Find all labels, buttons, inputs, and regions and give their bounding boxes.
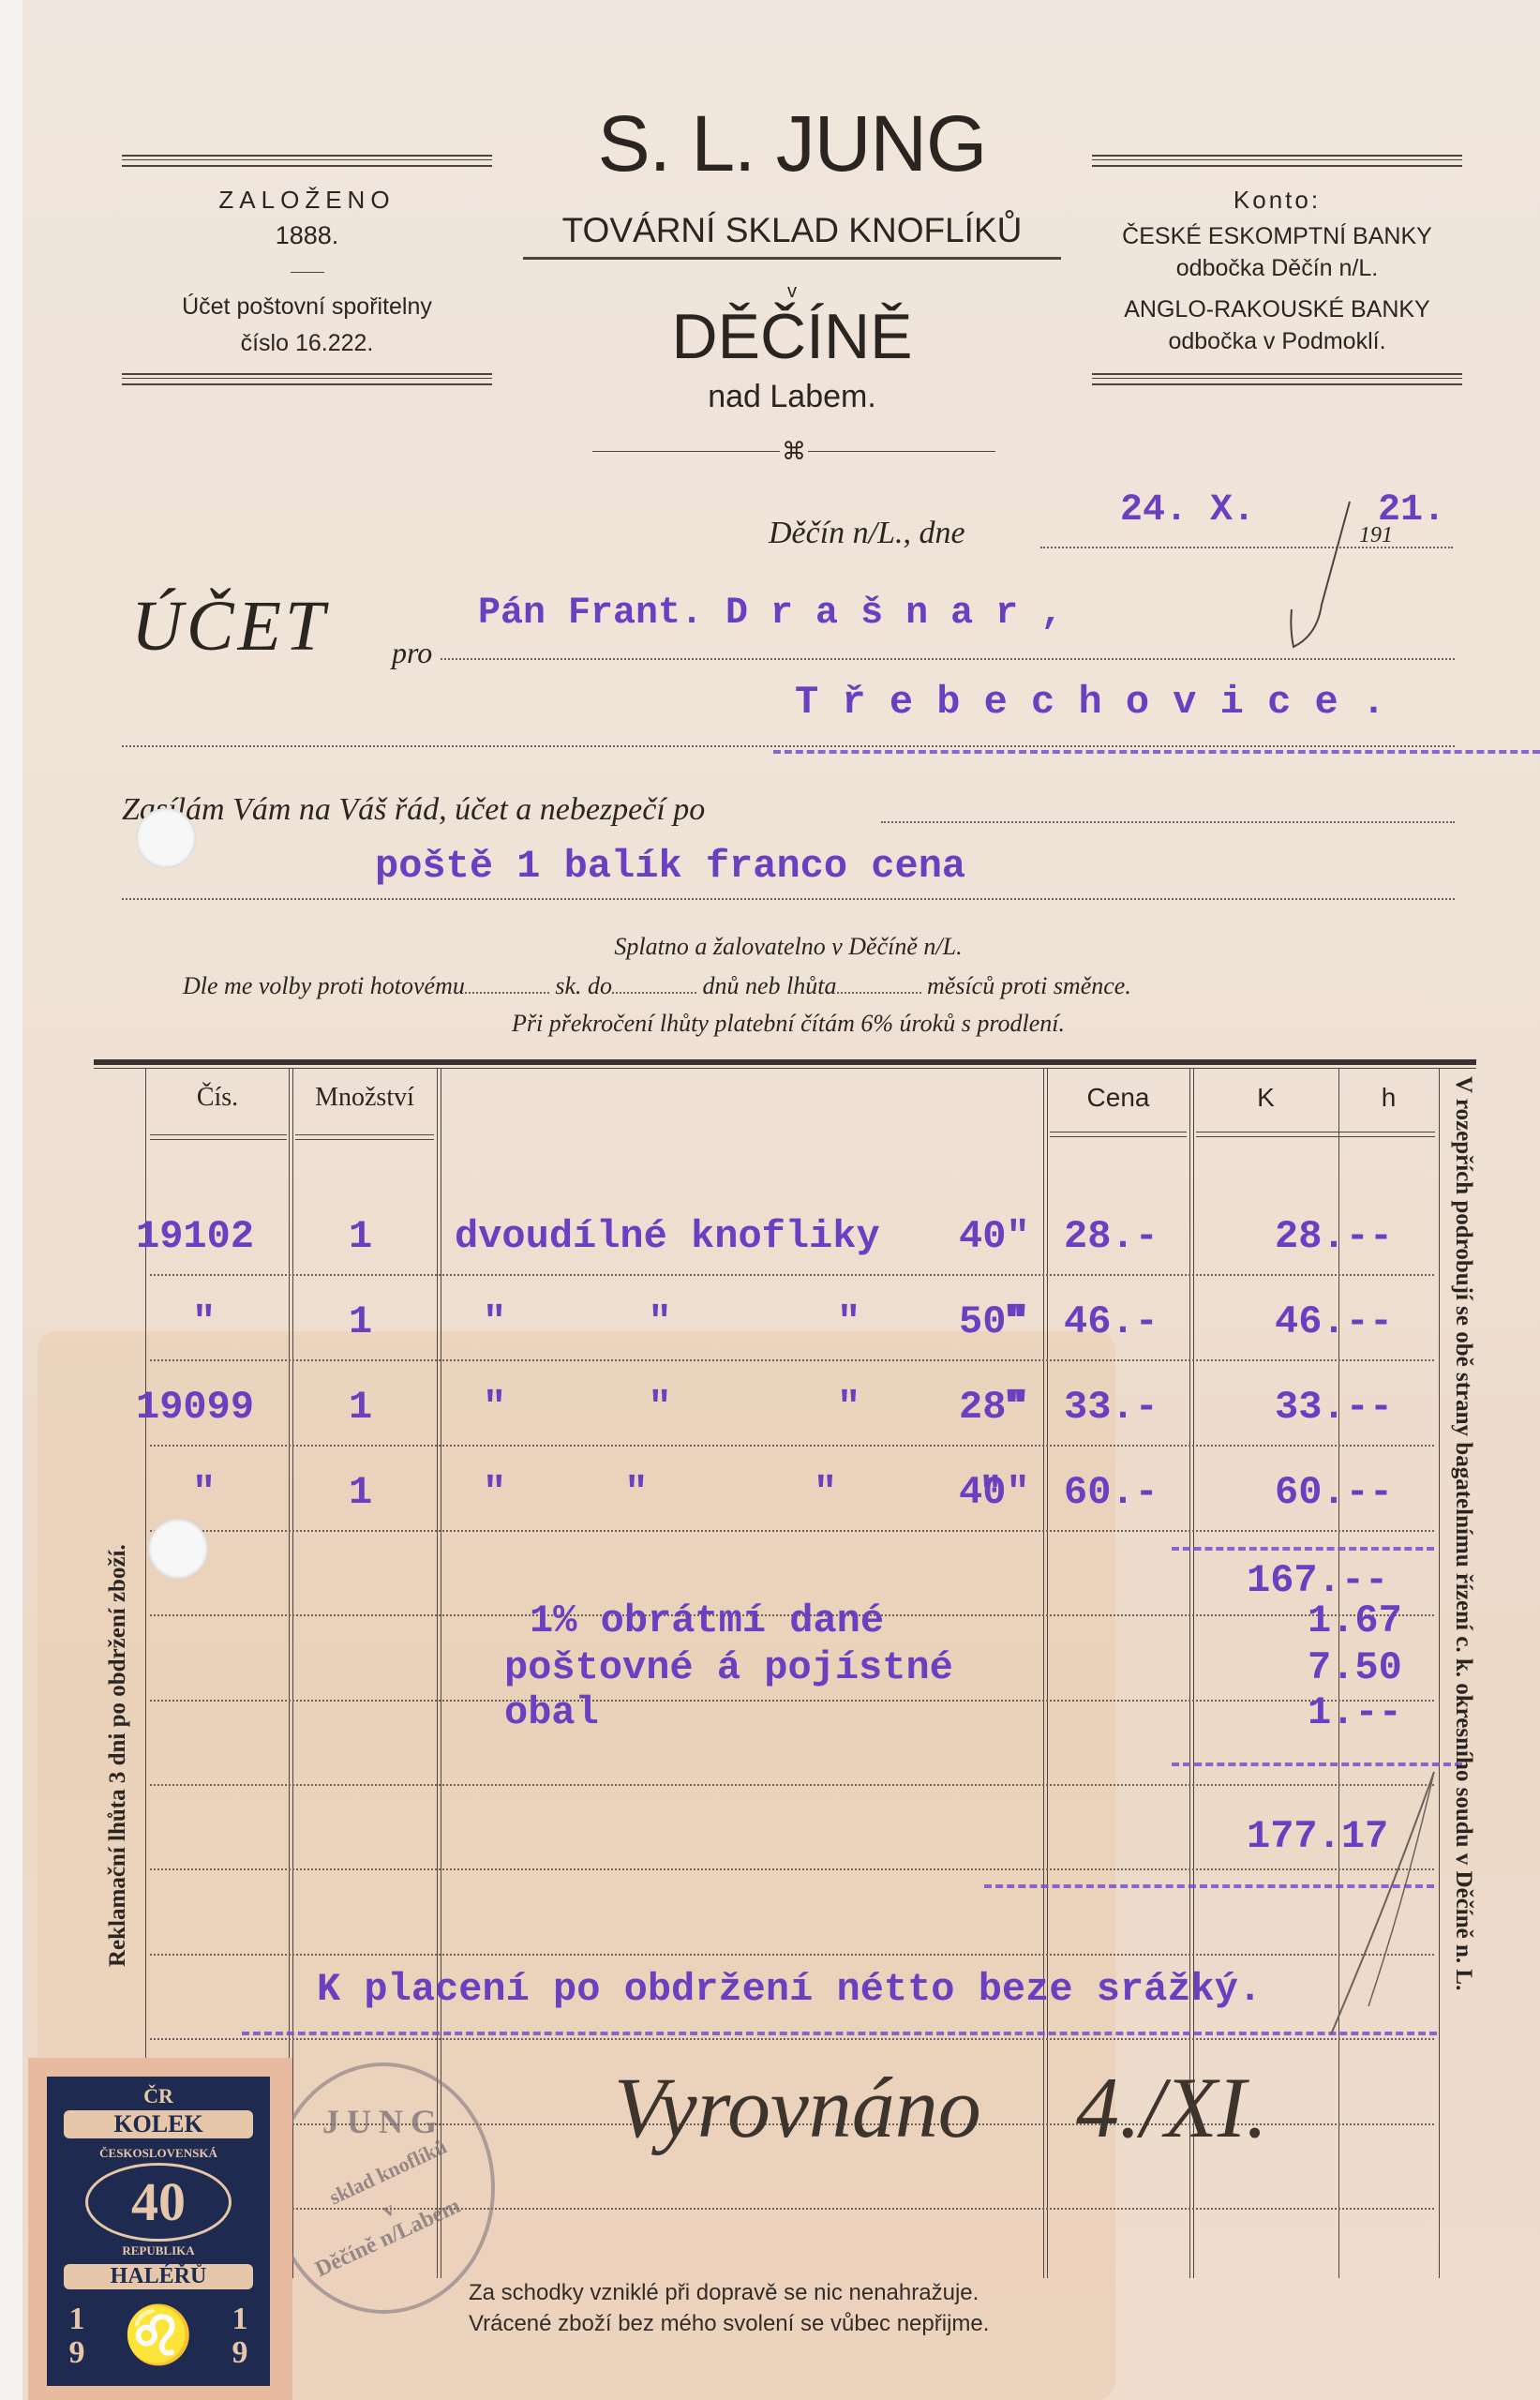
stamp-country-top: ČESKOSLOVENSKÁ <box>47 2146 270 2161</box>
revenue-stamp: ČR KOLEK ČESKOSLOVENSKÁ 40 REPUBLIKA HAL… <box>28 2058 292 2400</box>
invoice-title: ÚČET <box>131 586 328 667</box>
extra-label: 1% obrátmí dané <box>530 1598 884 1643</box>
row-size: 28" <box>959 1385 1030 1430</box>
table-top-border-thin <box>94 1068 1476 1069</box>
founded-label: ZALOŽENO <box>122 186 492 215</box>
rule-right-top <box>1092 155 1462 168</box>
subtotal-amount: 167.-- <box>1247 1558 1388 1603</box>
left-side-note: Reklamační lhůta 3 dni po obdržení zboží… <box>105 1544 131 1967</box>
hdr-rule <box>295 1134 434 1135</box>
stamp-country-bottom: REPUBLIKA <box>47 2243 270 2258</box>
row-price: 46.- <box>1064 1299 1159 1344</box>
right-side-note: V rozepřích podrobují se obě strany baga… <box>1450 1076 1476 1990</box>
terms-line2-part1: Dle me volby proti hotovému <box>183 972 465 999</box>
rule-left-bottom <box>122 373 492 386</box>
row-number: 19102 <box>136 1214 254 1259</box>
date-day-month: 24. X. <box>1120 489 1255 532</box>
company-name: S. L. JUNG <box>506 98 1078 189</box>
terms-line2-part4: měsíců proti směnce. <box>927 972 1131 999</box>
hdr-rule <box>1196 1132 1435 1132</box>
row-divider <box>150 1445 1434 1447</box>
shipping-dotted-line <box>881 821 1455 823</box>
col-line-4b <box>1047 1069 1048 2278</box>
header-price: Cena <box>1047 1083 1189 1113</box>
diagonal-check-icon <box>1275 1762 1443 2044</box>
company-seal: JUNG sklad knoflíků v Děčíně n/Labem <box>272 2062 495 2314</box>
payment-note-underline <box>242 2032 1437 2035</box>
punch-hole-top <box>136 808 196 868</box>
row-size: 40" <box>959 1470 1030 1515</box>
founded-year: 1888. <box>122 221 492 250</box>
founded-divider <box>291 272 324 273</box>
row-quantity: 1 <box>349 1470 372 1515</box>
postal-account-number: číslo 16.222. <box>122 330 492 357</box>
extra-amount: 1.67 <box>1308 1598 1402 1643</box>
recipient-dotted-line <box>441 658 1455 660</box>
footer-line2: Vrácené zboží bez mého svolení se vůbec … <box>469 2311 989 2337</box>
row-divider <box>150 1530 1434 1532</box>
terms-line2-part3: dnů neb lhůta <box>703 972 837 999</box>
row-quantity: 1 <box>349 1214 372 1259</box>
subtotal-rule <box>1172 1547 1434 1551</box>
stamp-top: ČR <box>47 2084 270 2108</box>
stamp-value: 40 <box>85 2163 232 2242</box>
row-description: dvoudílné knofliky <box>455 1214 880 1259</box>
town-typed-underline <box>773 750 1540 754</box>
ornament-line-left <box>592 451 780 452</box>
row-number: 19099 <box>136 1385 254 1430</box>
date-year: 21. <box>1378 489 1445 532</box>
row-divider <box>150 1274 1434 1276</box>
extra-label: poštovné á pojístné <box>504 1645 953 1690</box>
location-sub: nad Labem. <box>506 379 1078 415</box>
konto-label: Konto: <box>1092 186 1462 215</box>
hdr-rule <box>1050 1136 1187 1137</box>
col-line-2b <box>292 1069 293 2278</box>
recipient-town: T ř e b e c h o v i c e . <box>795 680 1385 725</box>
row-divider <box>150 1784 1434 1786</box>
row-divider <box>150 1359 1434 1361</box>
terms-line1: Splatno a žalovatelno v Děčíně n/L. <box>122 933 1455 961</box>
hdr-rule <box>1050 1132 1187 1132</box>
row-quantity: 1 <box>349 1299 372 1344</box>
date-label: Děčín n/L., dne <box>769 516 965 551</box>
header-crowns: K <box>1193 1083 1338 1113</box>
row-total: 46.-- <box>1275 1299 1393 1344</box>
col-line-7 <box>1439 1069 1440 2278</box>
pro-label: pro <box>392 636 432 670</box>
rule-right-bottom <box>1092 373 1462 386</box>
check-mark-icon <box>1284 497 1359 656</box>
terms-line2-part2: sk. do <box>555 972 612 999</box>
row-description: " " " " <box>483 1470 1003 1515</box>
stamp-currency: HALÉŘŮ <box>64 2264 253 2289</box>
bank1-branch: odbočka Děčín n/L. <box>1092 255 1462 282</box>
table-top-border <box>94 1059 1476 1065</box>
subtitle-underline <box>523 257 1061 260</box>
row-price: 60.- <box>1064 1470 1159 1515</box>
row-total: 60.-- <box>1275 1470 1393 1515</box>
shipping-method: poště 1 balík franco cena <box>375 844 965 889</box>
row-divider <box>150 1954 1434 1956</box>
hdr-rule <box>150 1139 287 1140</box>
row-description: " " " " <box>483 1299 1026 1344</box>
punch-hole-bottom <box>148 1519 208 1579</box>
ornament-icon: ⌘ <box>780 437 808 466</box>
extra-amount: 1.-- <box>1308 1690 1402 1735</box>
terms-line2: Dle me volby proti hotovému sk. do dnů n… <box>183 972 1131 1000</box>
extra-label: obal <box>504 1690 599 1735</box>
shipping-label: Zasílám Vám na Váš řád, účet a nebezpečí… <box>122 792 705 828</box>
location-city: DĚČÍNĚ <box>506 300 1078 373</box>
bank2-name: ANGLO-RAKOUSKÉ BANKY <box>1092 296 1462 323</box>
hdr-rule <box>295 1139 434 1140</box>
row-number: " <box>192 1299 216 1344</box>
extra-amount: 7.50 <box>1308 1645 1402 1690</box>
ornament-line-right <box>808 451 995 452</box>
handwritten-settled: Vyrovnáno <box>614 2058 981 2157</box>
row-description: " " " " <box>483 1385 1026 1430</box>
postal-account-label: Účet poštovní spořitelny <box>122 293 492 321</box>
stamp-year-left: 1 9 <box>67 2302 86 2370</box>
header-hellers: h <box>1338 1083 1439 1113</box>
row-total: 33.-- <box>1275 1385 1393 1430</box>
terms-line3: Při překročení lhůty platební čítám 6% ú… <box>122 1010 1455 1038</box>
row-quantity: 1 <box>349 1385 372 1430</box>
payment-note: K placení po obdržení nétto beze srážký. <box>317 1967 1262 2012</box>
header-quantity: Množství <box>292 1083 437 1113</box>
header-number: Čís. <box>146 1083 289 1113</box>
lion-icon: ♌ <box>124 2302 194 2370</box>
row-size: 40" <box>959 1214 1030 1259</box>
revenue-stamp-face: ČR KOLEK ČESKOSLOVENSKÁ 40 REPUBLIKA HAL… <box>47 2077 270 2386</box>
row-size: 50" <box>959 1299 1030 1344</box>
row-price: 33.- <box>1064 1385 1159 1430</box>
row-divider <box>150 1700 1434 1702</box>
stamp-label: KOLEK <box>64 2110 253 2138</box>
shipping-method-dotted-line <box>122 898 1455 900</box>
company-subtitle: TOVÁRNÍ SKLAD KNOFLÍKŮ <box>506 211 1078 250</box>
rule-left-top <box>122 155 492 168</box>
row-price: 28.- <box>1064 1214 1159 1259</box>
hdr-rule <box>150 1134 287 1135</box>
row-divider <box>150 1868 1434 1870</box>
handwritten-date: 4./XI. <box>1076 2058 1267 2157</box>
row-number: " <box>192 1470 216 1515</box>
col-line-4a <box>1043 1069 1044 2278</box>
bank2-branch: odbočka v Podmoklí. <box>1092 328 1462 355</box>
stamp-year-right: 1 9 <box>231 2302 249 2370</box>
bank1-name: ČESKÉ ESKOMPTNÍ BANKY <box>1092 223 1462 250</box>
row-total: 28.-- <box>1275 1214 1393 1259</box>
address-dotted-line <box>122 745 1455 747</box>
hdr-rule <box>1196 1136 1435 1137</box>
recipient-name: Pán Frant. D r a š n a r , <box>478 592 1063 635</box>
row-divider <box>150 2038 1434 2040</box>
footer-line1: Za schodky vzniklé při dopravě se nic ne… <box>469 2280 979 2306</box>
